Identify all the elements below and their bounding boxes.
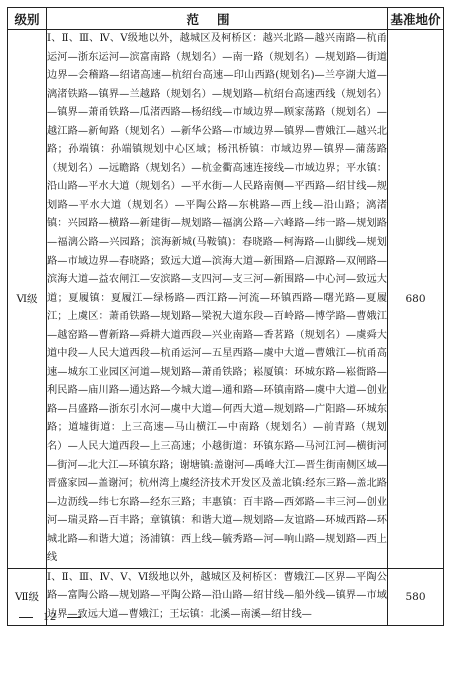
range-cell: Ⅰ、Ⅱ、Ⅲ、Ⅳ、Ⅴ级地以外，越城区及柯桥区：越兴北路—越兴南路—杭甬运河—浙东运…: [47, 30, 388, 569]
table-header-row: 级别 范围 基准地价: [8, 8, 444, 30]
header-level: 级别: [8, 8, 47, 30]
dash-right: [67, 617, 81, 618]
price-cell: 580: [388, 568, 444, 625]
range-cell: Ⅰ、Ⅱ、Ⅲ、Ⅳ、Ⅴ、Ⅵ级地以外，越城区及柯桥区：曹娥江—区界—平陶公路—富陶公路…: [47, 568, 388, 625]
header-price: 基准地价: [388, 8, 444, 30]
page-footer: 12: [19, 609, 91, 624]
dash-left: [19, 617, 33, 618]
land-price-table: 级别 范围 基准地价 Ⅵ级 Ⅰ、Ⅱ、Ⅲ、Ⅳ、Ⅴ级地以外，越城区及柯桥区：越兴北路…: [7, 7, 444, 626]
table-row: Ⅵ级 Ⅰ、Ⅱ、Ⅲ、Ⅳ、Ⅴ级地以外，越城区及柯桥区：越兴北路—越兴南路—杭甬运河—…: [8, 30, 444, 569]
page-number: 12: [43, 609, 57, 623]
level-cell: Ⅵ级: [8, 30, 47, 569]
price-cell: 680: [388, 30, 444, 569]
header-range: 范围: [47, 8, 388, 30]
